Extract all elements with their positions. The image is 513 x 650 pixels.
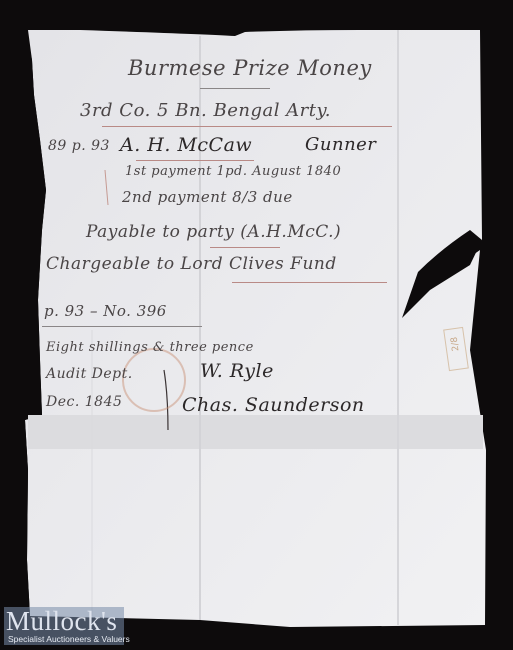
payment-1-line: 1st payment 1pd. August 1840 [125, 164, 341, 179]
name-underline [136, 160, 254, 161]
unit-line: 3rd Co. 5 Bn. Bengal Arty. [80, 100, 331, 121]
document-photo: 2/8 Burmese Prize Money 3rd Co. 5 Bn. Be… [0, 0, 513, 650]
payable-line: Payable to party (A.H.McC.) [86, 222, 341, 242]
register-underline [42, 326, 202, 327]
watermark-tagline: Specialist Auctioneers & Valuers [8, 634, 130, 644]
unit-underline [102, 126, 392, 127]
paper-sheet-shape [0, 0, 513, 650]
chargeable-line: Chargeable to Lord Clives Fund [46, 254, 337, 274]
reference-number: 89 p. 93 [48, 138, 110, 154]
watermark-logo: Mullock's [6, 606, 117, 637]
title-underline [200, 88, 270, 89]
chargeable-underline [232, 282, 387, 283]
register-line: p. 93 – No. 396 [44, 302, 167, 320]
soldier-rank: Gunner [305, 134, 376, 155]
audit-dept-line: Audit Dept. [46, 366, 133, 382]
date-line: Dec. 1845 [46, 394, 122, 410]
soldier-name: A. H. McCaw [120, 134, 252, 156]
amount-line: Eight shillings & three pence [46, 340, 254, 355]
signature-saunderson: Chas. Saunderson [182, 394, 365, 416]
payable-underline [210, 247, 280, 248]
payment-2-line: 2nd payment 8/3 due [122, 188, 293, 206]
signature-ryle: W. Ryle [200, 360, 274, 382]
title-line: Burmese Prize Money [128, 56, 372, 80]
